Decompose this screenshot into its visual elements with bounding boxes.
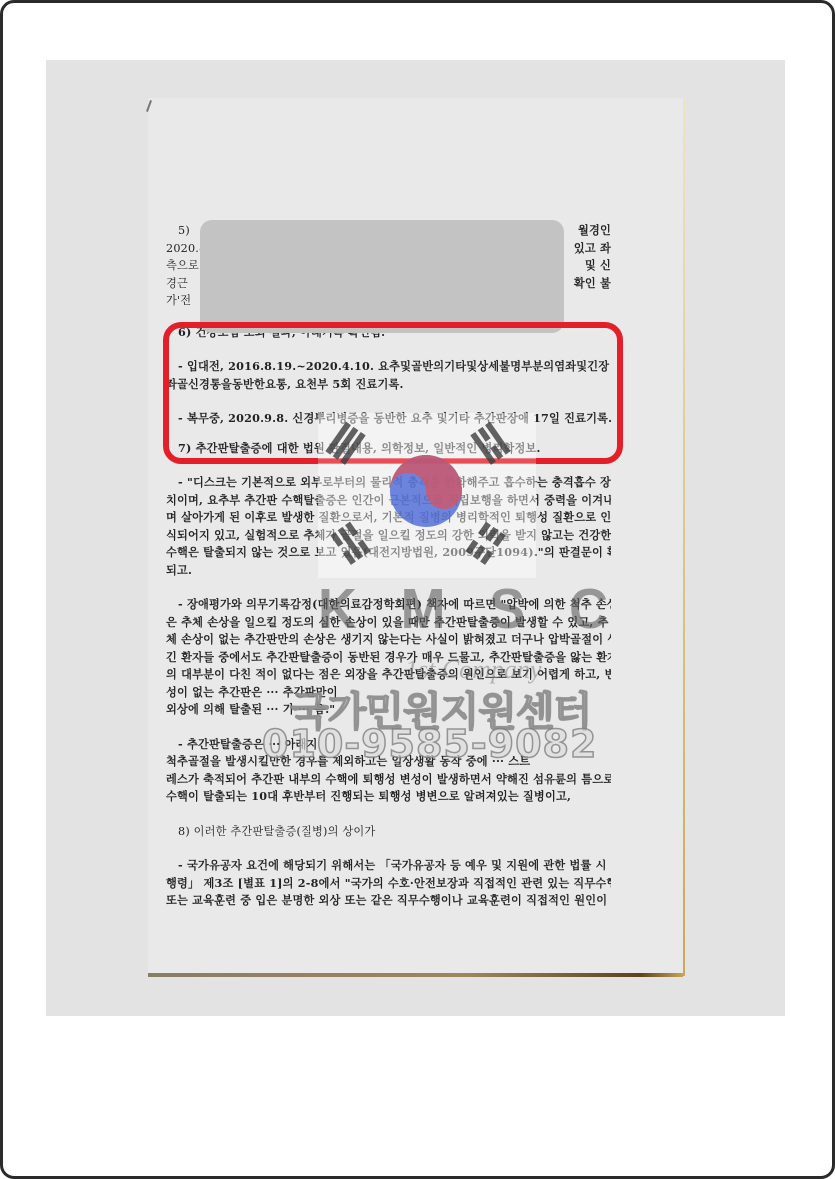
redaction-block (200, 220, 564, 333)
item5-fragment: 경근 (166, 275, 188, 293)
text-line: 수핵이 탈출되는 10대 후반부터 진행되는 퇴행성 병변으로 알려져있는 질병… (166, 788, 611, 806)
watermark-letter: S (489, 577, 525, 640)
watermark-letter: M (401, 577, 446, 640)
item5-fragment: 월경인 (578, 222, 611, 240)
text-line: 레스가 축적되어 추간판 내부의 수핵에 퇴행성 변성이 발생하면서 약해진 섬… (166, 771, 611, 789)
item5-fragment: 및 신 (585, 257, 611, 275)
watermark-phone: 010-9585-9082 (262, 722, 597, 766)
item5-fragment: 있고 좌 (574, 240, 611, 258)
item5-fragment: 5) (166, 222, 190, 240)
item5-fragment: 확인 불 (574, 275, 611, 293)
watermark-letter: C (569, 577, 608, 640)
taegeuk-icon (390, 455, 462, 527)
text-line: 또는 교육훈련 중 입은 분명한 외상 또는 같은 직무수행이나 교육훈련이 직… (166, 892, 611, 910)
item-8: 8) 이러한 추간판탈출증(질병)의 상이가 - 국가유공자 요건에 해당되기 … (166, 823, 611, 910)
paper-edge-shadow (148, 973, 683, 977)
watermark-letters: K M S C (318, 577, 608, 640)
item8-body: - 국가유공자 요건에 해당되기 위해서는 「국가유공자 등 예우 및 지원에 … (166, 857, 611, 910)
text-line: 행령」 제3조 [별표 1]의 2-8에서 "국가의 수호·안전보장과 직접적인… (166, 875, 611, 893)
item5-fragment: 가'전 (166, 294, 191, 307)
item5-fragment: 측으로 (166, 257, 199, 275)
text-line: 긴 환자들 중에서도 추간판탈출증이 동반된 경우가 매우 드물고, 추간판탈출… (166, 649, 611, 667)
text-line: - 국가유공자 요건에 해당되기 위해서는 「국가유공자 등 예우 및 지원에 … (166, 857, 611, 875)
watermark-letter: K (318, 577, 357, 640)
paper-edge (683, 100, 685, 976)
item8-heading: 8) 이러한 추간판탈출증(질병)의 상이가 (166, 823, 611, 841)
